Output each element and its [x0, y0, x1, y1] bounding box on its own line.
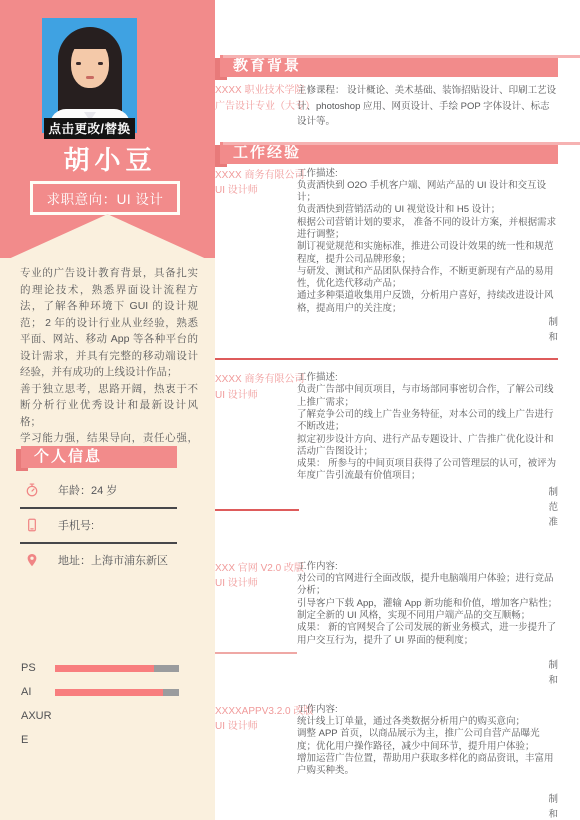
personal-info-text: 手机号:	[58, 517, 94, 533]
job-desc-line: 通过多种渠道收集用户反馈，分析用户喜好，持续改进设计风格，提高用户的关注度；	[297, 290, 558, 315]
major-name: 广告设计专业（大专）	[215, 99, 297, 115]
avatar-eye	[98, 62, 103, 65]
job-description: 工作内容:统计线上订单量，通过各类数据分析用户的购买意向；调整 APP 首页，以…	[297, 704, 558, 778]
job-description: 工作描述:负责广告部中间页项目，与市场部同事密切合作，了解公司线上推广需求；了解…	[297, 372, 558, 483]
skill-bar	[55, 665, 179, 672]
education-section-header: 教育背景	[215, 54, 558, 79]
skill-label: PS	[21, 662, 55, 674]
job-desc-line: 了解竞争公司的线上广告业务特征，对本公司的线上广告进行不断改进；	[297, 409, 558, 434]
sidebar-header: 点击更改/替换 胡小豆 求职意向：UI 设计	[0, 0, 215, 258]
job-desc-heading: 工作内容:	[297, 704, 558, 716]
skill-row: AI	[21, 680, 193, 704]
overflow-char: 和	[548, 673, 558, 688]
job-desc-line: 负责酒快到营销活动的 UI 视觉设计和 H5 设计；	[297, 204, 558, 216]
skill-row: E	[21, 728, 193, 752]
sidebar: 点击更改/替换 胡小豆 求职意向：UI 设计 专业的广告设计教育背景，具备扎实的…	[0, 0, 215, 820]
avatar-fringe	[68, 34, 112, 49]
overflow-char: 和	[548, 330, 558, 345]
overflow-text: 制和	[548, 658, 558, 688]
resume-page: 点击更改/替换 胡小豆 求职意向：UI 设计 专业的广告设计教育背景，具备扎实的…	[0, 0, 580, 820]
school-name: XXXX 职业技术学院	[215, 83, 297, 99]
job-entry: XXXXAPPV3.2.0 改版UI 设计师工作内容:统计线上订单量，通过各类数…	[215, 704, 558, 778]
job-company: XXXX 商务有限公司	[215, 372, 297, 388]
job-company-col: XXXXAPPV3.2.0 改版UI 设计师	[215, 704, 297, 778]
job-desc-line: 负责广告部中间页项目，与市场部同事密切合作，了解公司线上推广需求；	[297, 384, 558, 409]
job-company-col: XXX 官网 V2.0 改版UI 设计师	[215, 561, 297, 647]
job-company: XXXXAPPV3.2.0 改版	[215, 704, 297, 720]
overflow-text: 制和	[548, 315, 558, 345]
summary-paragraph: 善于独立思考，思路开阔，热衷于不断分析行业优秀设计和最新设计风格；	[20, 381, 198, 431]
job-desc-heading: 工作内容:	[297, 561, 558, 573]
skill-bar-fill	[55, 689, 163, 696]
education-title: 教育背景	[220, 55, 558, 77]
overflow-text: 制和	[548, 792, 558, 820]
job-desc-line: 引导客户下载 App，灌输 App 新功能和价值，增加客户粘性；	[297, 598, 558, 610]
overflow-char: 准	[548, 515, 558, 530]
job-entry: XXXX 商务有限公司UI 设计师工作描述:负责酒快到 O2O 手机客户端、网站…	[215, 168, 558, 316]
personal-info-text: 地址：上海市浦东新区	[58, 552, 168, 568]
job-desc-line: 负责酒快到 O2O 手机客户端、网站产品的 UI 设计和交互设计；	[297, 180, 558, 205]
job-entry: XXXX 商务有限公司UI 设计师工作描述:负责广告部中间页项目，与市场部同事密…	[215, 372, 558, 483]
overflow-char: 制	[548, 792, 558, 807]
skill-row: AXUR	[21, 704, 193, 728]
section-divider	[215, 358, 558, 360]
candidate-name: 胡小豆	[0, 140, 215, 177]
section-divider	[215, 652, 297, 654]
skill-label: E	[21, 734, 55, 746]
education-section: 教育背景 XXXX 职业技术学院 广告设计专业（大专） 主修课程： 设计概论、美…	[215, 54, 558, 130]
job-footer: 制和	[215, 315, 558, 370]
job-desc-line: 拟定初步设计方向、进行产品专题设计、广告推广优化设计和活动广告图设计；	[297, 434, 558, 459]
job-footer: 制和	[215, 647, 558, 702]
clock-icon	[25, 483, 39, 497]
job-description: 工作描述:负责酒快到 O2O 手机客户端、网站产品的 UI 设计和交互设计；负责…	[297, 168, 558, 316]
job-desc-line: 成果： 所参与的中间页项目获得了公司管理层的认可，被评为年度广告引流最有价值项目…	[297, 458, 558, 483]
job-objective-box: 求职意向：UI 设计	[30, 181, 180, 215]
job-desc-line: 根据公司营销计划的要求， 准备不同的设计方案，并根据需求进行调整；	[297, 217, 558, 242]
overflow-char: 制	[548, 658, 558, 673]
skill-label: AXUR	[21, 710, 55, 722]
phone-icon	[25, 518, 39, 532]
personal-info-title: 个人信息	[21, 446, 177, 468]
education-detail: 主修课程： 设计概论、美术基础、装饰招贴设计、印刷工艺设计、photoshop …	[297, 83, 558, 130]
personal-info-row: 年龄：24 岁	[20, 474, 177, 509]
job-company-col: XXXX 商务有限公司UI 设计师	[215, 168, 297, 316]
avatar-eye	[76, 62, 81, 65]
job-role: UI 设计师	[215, 183, 297, 199]
job-desc-line: 制定全新的 UI 风格，实现不同用户端产品的交互顺畅；	[297, 610, 558, 622]
job-desc-line: 增加运营广告位置，帮助用户获取多样化的商品资讯，丰富用户购买种类。	[297, 753, 558, 778]
job-desc-line: 成果： 新的官网契合了公司发展的新业务模式，进一步提升了用户交互行为，提升了 U…	[297, 622, 558, 647]
skills-list: PSAIAXURE	[21, 656, 193, 752]
section-divider	[215, 509, 299, 511]
overflow-char: 范	[548, 500, 558, 515]
personal-info-list: 年龄：24 岁手机号:地址：上海市浦东新区	[20, 474, 177, 577]
job-company-col: XXXX 商务有限公司UI 设计师	[215, 372, 297, 483]
skill-label: AI	[21, 686, 55, 698]
job-footer: 制和	[215, 778, 558, 820]
experience-section-header: 工作经验	[215, 141, 558, 166]
personal-info-header: 个人信息	[16, 445, 177, 470]
profile-photo[interactable]: 点击更改/替换	[42, 18, 137, 133]
job-entry: XXX 官网 V2.0 改版UI 设计师工作内容:对公司的官网进行全面改版，提升…	[215, 561, 558, 647]
header-accent-line	[223, 142, 580, 145]
overflow-char: 和	[548, 807, 558, 820]
job-company: XXX 官网 V2.0 改版	[215, 561, 297, 577]
job-description: 工作内容:对公司的官网进行全面改版，提升电脑端用户体验；进行竞品分析；引导客户下…	[297, 561, 558, 647]
job-role: UI 设计师	[215, 719, 297, 735]
overflow-char: 制	[548, 485, 558, 500]
job-desc-line: 与研发、测试和产品团队保持合作，不断更新现有产品的易用性，优化迭代移动产品；	[297, 266, 558, 291]
job-desc-line: 统计线上订单量，通过各类数据分析用户的购买意向；	[297, 716, 558, 728]
header-accent-line	[223, 55, 580, 58]
main-column: 教育背景 XXXX 职业技术学院 广告设计专业（大专） 主修课程： 设计概论、美…	[215, 0, 558, 820]
id-photo-image	[42, 18, 137, 133]
self-summary: 专业的广告设计教育背景，具备扎实的理论技术，熟悉界面设计流程方法，了解各种环境下…	[20, 265, 198, 463]
summary-paragraph: 专业的广告设计教育背景，具备扎实的理论技术，熟悉界面设计流程方法，了解各种环境下…	[20, 265, 198, 381]
job-role: UI 设计师	[215, 576, 297, 592]
personal-info-text: 年龄：24 岁	[58, 482, 117, 498]
education-entry: XXXX 职业技术学院 广告设计专业（大专） 主修课程： 设计概论、美术基础、装…	[215, 83, 558, 130]
location-pin-icon	[25, 553, 39, 567]
avatar-mouth	[86, 76, 94, 79]
photo-replace-button[interactable]: 点击更改/替换	[44, 118, 136, 139]
job-desc-line: 制订视觉规范和实施标准，推进公司设计效果的统一性和规范程度，提升公司品牌形象；	[297, 241, 558, 266]
job-desc-line: 对公司的官网进行全面改版，提升电脑端用户体验；进行竞品分析；	[297, 573, 558, 598]
job-desc-heading: 工作描述:	[297, 372, 558, 384]
overflow-char: 制	[548, 315, 558, 330]
job-desc-heading: 工作描述:	[297, 168, 558, 180]
skill-bar	[55, 689, 179, 696]
overflow-text: 制范准	[548, 485, 558, 530]
experience-section: 工作经验 XXXX 商务有限公司UI 设计师工作描述:负责酒快到 O2O 手机客…	[215, 141, 558, 820]
job-desc-line: 调整 APP 首页，以商品展示为主，推广公司自营产品曝光度；优化用户操作路径，减…	[297, 728, 558, 753]
personal-info-row: 手机号:	[20, 509, 177, 544]
job-role: UI 设计师	[215, 388, 297, 404]
skill-row: PS	[21, 656, 193, 680]
job-footer: 制范准	[215, 483, 558, 559]
skill-bar-fill	[55, 665, 154, 672]
job-company: XXXX 商务有限公司	[215, 168, 297, 184]
education-school-col: XXXX 职业技术学院 广告设计专业（大专）	[215, 83, 297, 130]
personal-info-row: 地址：上海市浦东新区	[20, 544, 177, 577]
experience-title: 工作经验	[220, 142, 558, 164]
job-list: XXXX 商务有限公司UI 设计师工作描述:负责酒快到 O2O 手机客户端、网站…	[215, 168, 558, 820]
